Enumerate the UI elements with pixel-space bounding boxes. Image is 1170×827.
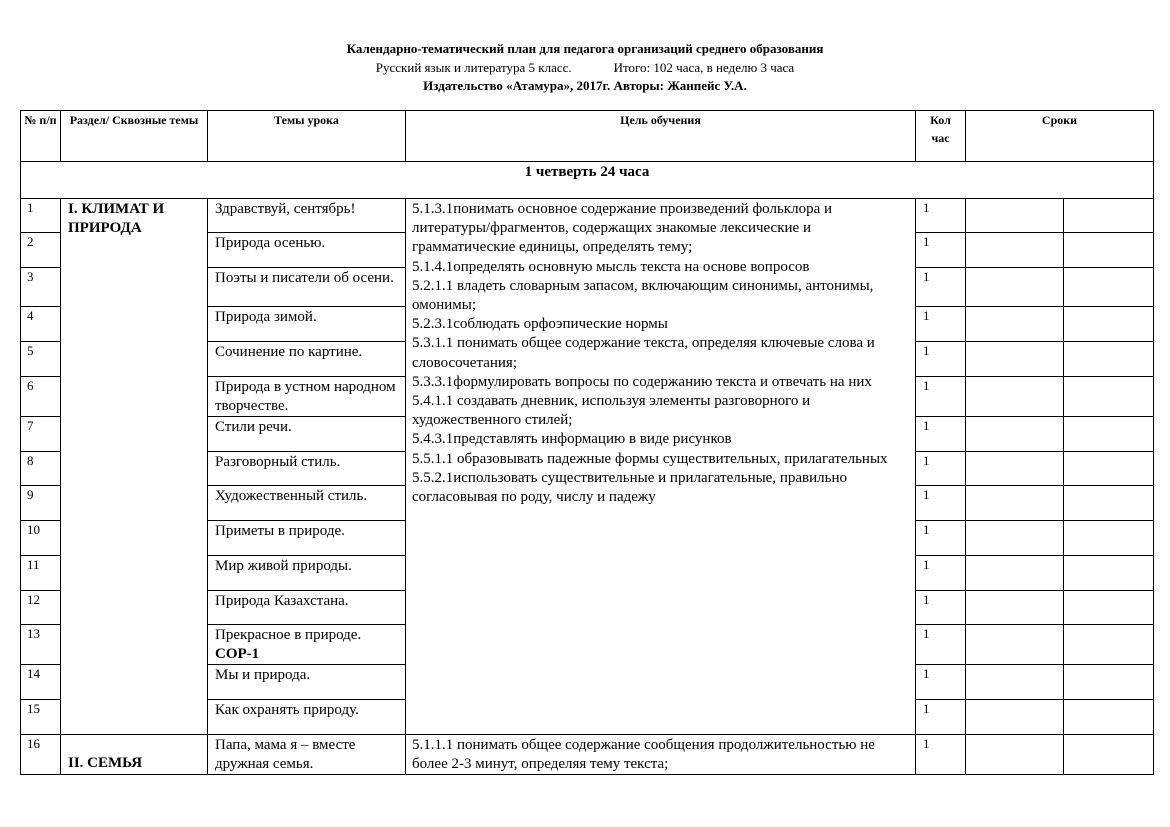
lesson-topic: Природа осенью.: [208, 233, 406, 268]
col-header-num: № п/п: [21, 111, 61, 162]
hours-cell: 1: [916, 199, 966, 233]
learning-goal: 5.4.3.1представлять информацию в виде ри…: [412, 430, 909, 449]
lesson-topic: Папа, мама я – вместе дружная семья.: [208, 735, 406, 775]
topic-text: Природа в устном народном творчестве.: [215, 379, 396, 414]
lesson-topic: Как охранять природу.: [208, 700, 406, 735]
lesson-topic: Природа зимой.: [208, 307, 406, 342]
learning-goal: 5.3.3.1формулировать вопросы по содержан…: [412, 373, 909, 392]
section-cell: II. СЕМЬЯ: [61, 735, 208, 775]
lesson-plan-table: № п/п Раздел/ Сквозные темы Темы урока Ц…: [20, 110, 1154, 775]
col-header-section: Раздел/ Сквозные темы: [61, 111, 208, 162]
date-actual-cell[interactable]: [1064, 486, 1154, 521]
topic-text: Мы и природа.: [215, 667, 310, 683]
topic-text: Природа зимой.: [215, 309, 317, 325]
date-planned-cell[interactable]: [966, 591, 1064, 625]
row-number: 7: [21, 417, 61, 452]
learning-goal: 5.1.1.1 понимать общее содержание сообще…: [412, 736, 909, 774]
row-number: 16: [21, 735, 61, 775]
document-subtitle: Русский язык и литература 5 класс.Итого:…: [0, 60, 1170, 76]
lesson-topic: Приметы в природе.: [208, 521, 406, 556]
learning-goal: 5.2.1.1 владеть словарным запасом, включ…: [412, 277, 909, 315]
date-planned-cell[interactable]: [966, 556, 1064, 591]
topic-text: Природа Казахстана.: [215, 593, 349, 609]
lesson-topic: Здравствуй, сентябрь!: [208, 199, 406, 233]
learning-goal: 5.5.1.1 образовывать падежные формы суще…: [412, 450, 909, 469]
date-planned-cell[interactable]: [966, 625, 1064, 665]
row-number: 2: [21, 233, 61, 268]
row-number: 10: [21, 521, 61, 556]
hours-cell: 1: [916, 233, 966, 268]
lesson-topic: Художественный стиль.: [208, 486, 406, 521]
date-actual-cell[interactable]: [1064, 735, 1154, 775]
hours-cell: 1: [916, 735, 966, 775]
date-actual-cell[interactable]: [1064, 521, 1154, 556]
row-number: 14: [21, 665, 61, 700]
topic-text: Папа, мама я – вместе дружная семья.: [215, 737, 355, 772]
lesson-topic: Мир живой природы.: [208, 556, 406, 591]
date-planned-cell[interactable]: [966, 417, 1064, 452]
learning-goals-cell: 5.1.3.1понимать основное содержание прои…: [406, 199, 916, 735]
subject-label: Русский язык и литература 5 класс.: [376, 60, 572, 75]
learning-goal: 5.3.1.1 понимать общее содержание текста…: [412, 334, 909, 372]
row-number: 13: [21, 625, 61, 665]
hours-cell: 1: [916, 452, 966, 486]
hours-cell: 1: [916, 521, 966, 556]
topic-text: Мир живой природы.: [215, 558, 352, 574]
quarter-row: 1 четверть 24 часа: [21, 162, 1154, 199]
topic-text: Поэты и писатели об осени.: [215, 270, 394, 286]
col-header-goal: Цель обучения: [406, 111, 916, 162]
lesson-topic: Сочинение по картине.: [208, 342, 406, 377]
date-actual-cell[interactable]: [1064, 591, 1154, 625]
date-actual-cell[interactable]: [1064, 452, 1154, 486]
row-number: 9: [21, 486, 61, 521]
table-header-row: № п/п Раздел/ Сквозные темы Темы урока Ц…: [21, 111, 1154, 162]
date-planned-cell[interactable]: [966, 665, 1064, 700]
date-actual-cell[interactable]: [1064, 417, 1154, 452]
topic-text: Прекрасное в природе.: [215, 627, 361, 643]
hours-cell: 1: [916, 268, 966, 307]
date-planned-cell[interactable]: [966, 700, 1064, 735]
learning-goal: 5.2.3.1соблюдать орфоэпические нормы: [412, 315, 909, 334]
learning-goal: 5.1.4.1определять основную мысль текста …: [412, 258, 909, 277]
hours-cell: 1: [916, 591, 966, 625]
row-number: 15: [21, 700, 61, 735]
topic-text: Приметы в природе.: [215, 523, 345, 539]
row-number: 1: [21, 199, 61, 233]
topic-text: Здравствуй, сентябрь!: [215, 201, 356, 217]
date-planned-cell[interactable]: [966, 521, 1064, 556]
date-actual-cell[interactable]: [1064, 700, 1154, 735]
col-header-hours: Кол час: [916, 111, 966, 162]
topic-assessment-label: СОР-1: [215, 645, 401, 664]
topic-text: Разговорный стиль.: [215, 454, 340, 470]
hours-cell: 1: [916, 342, 966, 377]
document-title: Календарно-тематический план для педагог…: [0, 41, 1170, 57]
topic-text: Стили речи.: [215, 419, 292, 435]
learning-goal: 5.1.3.1понимать основное содержание прои…: [412, 200, 909, 258]
hours-cell: 1: [916, 417, 966, 452]
publisher-line: Издательство «Атамура», 2017г. Авторы: Ж…: [0, 78, 1170, 94]
date-planned-cell[interactable]: [966, 342, 1064, 377]
date-actual-cell[interactable]: [1064, 342, 1154, 377]
lesson-topic: Стили речи.: [208, 417, 406, 452]
topic-text: Художественный стиль.: [215, 488, 367, 504]
date-actual-cell[interactable]: [1064, 307, 1154, 342]
row-number: 8: [21, 452, 61, 486]
hours-cell: 1: [916, 307, 966, 342]
learning-goals-cell: 5.1.1.1 понимать общее содержание сообще…: [406, 735, 916, 775]
col-header-dates: Сроки: [966, 111, 1154, 162]
date-actual-cell[interactable]: [1064, 377, 1154, 417]
row-number: 6: [21, 377, 61, 417]
lesson-topic: Природа Казахстана.: [208, 591, 406, 625]
date-planned-cell[interactable]: [966, 199, 1064, 233]
learning-goal: 5.4.1.1 создавать дневник, используя эле…: [412, 392, 909, 430]
hours-cell: 1: [916, 556, 966, 591]
quarter-label: 1 четверть 24 часа: [21, 162, 1154, 199]
hours-cell: 1: [916, 665, 966, 700]
date-planned-cell[interactable]: [966, 268, 1064, 307]
date-actual-cell[interactable]: [1064, 556, 1154, 591]
topic-text: Как охранять природу.: [215, 702, 359, 718]
row-number: 11: [21, 556, 61, 591]
lesson-topic: Поэты и писатели об осени.: [208, 268, 406, 307]
date-planned-cell[interactable]: [966, 486, 1064, 521]
date-planned-cell[interactable]: [966, 233, 1064, 268]
hours-total-label: Итого: 102 часа, в неделю 3 часа: [614, 60, 795, 75]
date-actual-cell[interactable]: [1064, 233, 1154, 268]
row-number: 3: [21, 268, 61, 307]
table-row: 1I. КЛИМАТ И ПРИРОДАЗдравствуй, сентябрь…: [21, 199, 1154, 233]
section-cell: I. КЛИМАТ И ПРИРОДА: [61, 199, 208, 735]
hours-cell: 1: [916, 625, 966, 665]
col-header-topic: Темы урока: [208, 111, 406, 162]
hours-cell: 1: [916, 377, 966, 417]
date-actual-cell[interactable]: [1064, 268, 1154, 307]
date-planned-cell[interactable]: [966, 735, 1064, 775]
learning-goal: 5.5.2.1использовать существительные и пр…: [412, 469, 909, 507]
hours-cell: 1: [916, 486, 966, 521]
date-actual-cell[interactable]: [1064, 665, 1154, 700]
hours-cell: 1: [916, 700, 966, 735]
lesson-topic: Природа в устном народном творчестве.: [208, 377, 406, 417]
date-actual-cell[interactable]: [1064, 199, 1154, 233]
row-number: 5: [21, 342, 61, 377]
date-planned-cell[interactable]: [966, 377, 1064, 417]
lesson-topic: Мы и природа.: [208, 665, 406, 700]
date-planned-cell[interactable]: [966, 307, 1064, 342]
topic-text: Сочинение по картине.: [215, 344, 362, 360]
date-actual-cell[interactable]: [1064, 625, 1154, 665]
row-number: 12: [21, 591, 61, 625]
row-number: 4: [21, 307, 61, 342]
lesson-topic: Прекрасное в природе.СОР-1: [208, 625, 406, 665]
table-row: 16II. СЕМЬЯПапа, мама я – вместе дружная…: [21, 735, 1154, 775]
topic-text: Природа осенью.: [215, 235, 325, 251]
lesson-topic: Разговорный стиль.: [208, 452, 406, 486]
date-planned-cell[interactable]: [966, 452, 1064, 486]
